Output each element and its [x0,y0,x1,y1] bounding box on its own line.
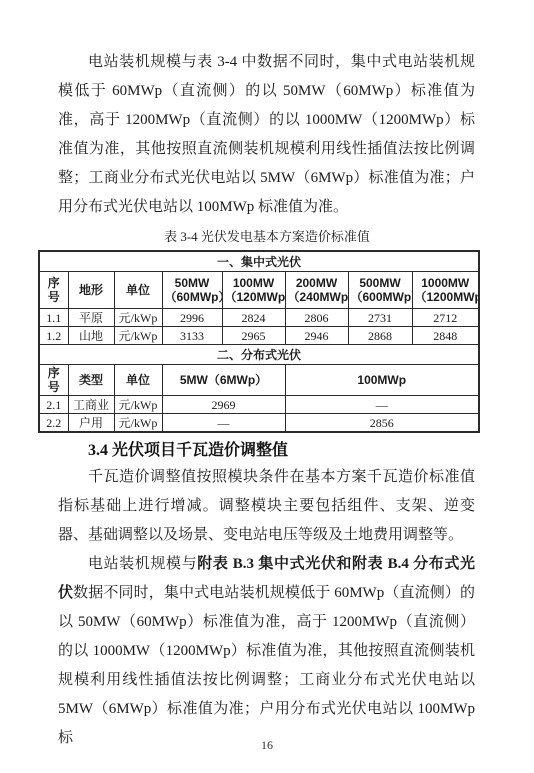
header-cell-terrain: 地形 [68,272,114,309]
table-cell: 2946 [285,327,348,345]
header-cell-index: 序 号 [39,365,68,396]
paragraph-text-prefix: 电站装机规模与 [88,556,197,572]
header-cell-200mw: 200MW （240MWp） [285,272,348,309]
section2-title-row: 二、分布式光伏 [39,345,479,365]
table-row-1-1: 1.1 平原 元/kWp 2996 2824 2806 2731 2712 [39,309,479,327]
table-cell: 3133 [162,327,222,345]
table-cell: 2806 [285,309,348,327]
section1-title-row: 一、集中式光伏 [39,251,479,272]
section1-header-row: 序 号 地形 单位 50MW （60MWp） 100MW （120MWp） 20… [39,272,479,309]
table-cell: 元/kWp [114,414,162,433]
table-cell: 1.2 [39,327,68,345]
table-cell: 2.1 [39,396,68,414]
table-cell: 工商业 [68,396,114,414]
table-cell: 元/kWp [114,327,162,345]
table-cell: 元/kWp [114,396,162,414]
header-cell-5mw: 5MW（6MWp） [162,365,285,396]
header-cell-1000mw: 1000MW （1200MWp） [412,272,479,309]
header-cell-unit: 单位 [114,272,162,309]
table-cell: 2868 [348,327,412,345]
table-cell: 平原 [68,309,114,327]
table-cell: 2965 [222,327,285,345]
pv-cost-standard-table: 一、集中式光伏 序 号 地形 单位 50MW （60MWp） 100MW （12… [38,250,480,433]
table-cell: 2731 [348,309,412,327]
table-cell: — [285,396,479,414]
section-heading-3-4: 3.4 光伏项目千瓦造价调整值 [88,440,475,462]
table-caption: 表 3-4 光伏发电基本方案造价标准值 [0,228,534,246]
paragraph-adjustment-modules: 千瓦造价调整值按照模块条件在基本方案千瓦造价标准值指标基础上进行增减。调整模块主… [58,463,475,550]
paragraph-text-rest: 数据不同时，集中式电站装机规模低于 60MWp（直流侧）的以 50MW（60MW… [58,585,475,746]
table-row-2-2: 2.2 户用 元/kWp — 2856 [39,414,479,433]
table-cell: 户用 [68,414,114,433]
header-cell-unit: 单位 [114,365,162,396]
header-cell-index: 序 号 [39,272,68,309]
table-row-2-1: 2.1 工商业 元/kWp 2969 — [39,396,479,414]
table-cell: 2712 [412,309,479,327]
section2-title: 二、分布式光伏 [39,345,479,365]
table-cell: 2856 [285,414,479,433]
header-cell-100mwp: 100MWp [285,365,479,396]
table-cell: 1.1 [39,309,68,327]
table-row-1-2: 1.2 山地 元/kWp 3133 2965 2946 2868 2848 [39,327,479,345]
table-cell: — [162,414,285,433]
table-cell: 2996 [162,309,222,327]
document-page: 电站装机规模与表 3-4 中数据不同时，集中式电站装机规模低于 60MWp（直流… [0,0,534,773]
paragraph-capacity-note-table34: 电站装机规模与表 3-4 中数据不同时，集中式电站装机规模低于 60MWp（直流… [58,0,475,222]
paragraph-capacity-note-appendix: 电站装机规模与附表 B.3 集中式光伏和附表 B.4 分布式光伏数据不同时，集中… [58,550,475,753]
header-cell-500mw: 500MW （600MWp） [348,272,412,309]
section1-title: 一、集中式光伏 [39,251,479,272]
table-cell: 山地 [68,327,114,345]
table-cell: 2824 [222,309,285,327]
section2-header-row: 序 号 类型 单位 5MW（6MWp） 100MWp [39,365,479,396]
header-cell-100mw: 100MW （120MWp） [222,272,285,309]
table-cell: 元/kWp [114,309,162,327]
table-cell: 2969 [162,396,285,414]
header-cell-type: 类型 [68,365,114,396]
table-cell: 2848 [412,327,479,345]
table-cell: 2.2 [39,414,68,433]
page-number: 16 [0,738,534,753]
header-cell-50mw: 50MW （60MWp） [162,272,222,309]
